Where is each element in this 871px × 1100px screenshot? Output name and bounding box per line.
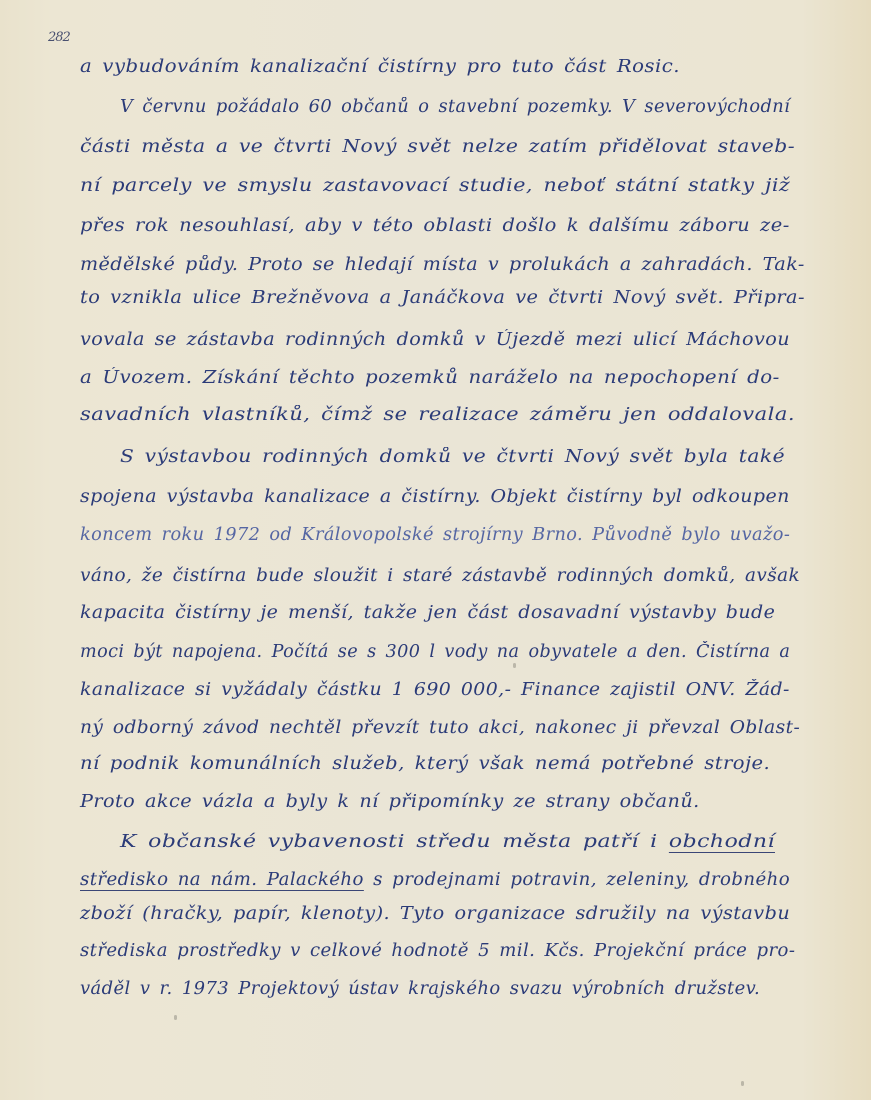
handwritten-line: přes rok nesouhlasí, aby v této oblasti … <box>80 216 790 236</box>
handwritten-line: mědělské půdy. Proto se hledají místa v … <box>80 255 805 275</box>
handwritten-line: váděl v r. 1973 Projektový ústav krajské… <box>80 979 760 999</box>
handwritten-line: části města a ve čtvrti Nový svět nelze … <box>80 137 795 157</box>
handwritten-line: K občanské vybavenosti středu města patř… <box>120 832 775 852</box>
underlined-phrase: obchodní <box>669 832 775 852</box>
paper-speck <box>741 1081 744 1086</box>
handwritten-line: středisko na nám. Palackého s prodejnami… <box>80 870 790 890</box>
handwritten-line: moci být napojena. Počítá se s 300 l vod… <box>80 642 790 662</box>
handwritten-line: ní podnik komunálních služeb, který však… <box>80 754 770 774</box>
handwritten-line: savadních vlastníků, čímž se realizace z… <box>80 405 795 425</box>
underlined-phrase: středisko na nám. Palackého <box>80 870 364 890</box>
handwritten-line: V červnu požádalo 60 občanů o stavební p… <box>120 97 790 117</box>
handwritten-line: S výstavbou rodinných domků ve čtvrti No… <box>120 447 785 467</box>
handwritten-line: ný odborný závod nechtěl převzít tuto ak… <box>80 718 800 738</box>
handwritten-line: koncem roku 1972 od Královopolské strojí… <box>80 525 790 545</box>
paper-speck <box>513 663 516 668</box>
handwritten-line: Proto akce vázla a byly k ní připomínky … <box>80 792 700 812</box>
handwritten-line: a Úvozem. Získání těchto pozemků narážel… <box>80 368 780 388</box>
handwritten-line: spojena výstavba kanalizace a čistírny. … <box>80 487 790 507</box>
handwritten-chronicle-page: 282 a vybudováním kanalizační čistírny p… <box>0 0 871 1100</box>
handwritten-line: střediska prostředky v celkové hodnotě 5… <box>80 941 795 961</box>
handwritten-line: to vznikla ulice Brežněvova a Janáčkova … <box>80 288 805 308</box>
handwritten-line: a vybudováním kanalizační čistírny pro t… <box>80 57 680 77</box>
handwritten-line: kanalizace si vyžádaly částku 1 690 000,… <box>80 680 790 700</box>
handwritten-line: ní parcely ve smyslu zastavovací studie,… <box>80 176 790 196</box>
handwritten-line: váno, že čistírna bude sloužit i staré z… <box>80 566 800 586</box>
handwritten-line: zboží (hračky, papír, klenoty). Tyto org… <box>80 904 790 924</box>
page-number: 282 <box>48 30 70 45</box>
handwritten-line: kapacita čistírny je menší, takže jen čá… <box>80 603 775 623</box>
handwritten-line: vovala se zástavba rodinných domků v Úje… <box>80 330 790 350</box>
paper-speck <box>174 1015 177 1020</box>
